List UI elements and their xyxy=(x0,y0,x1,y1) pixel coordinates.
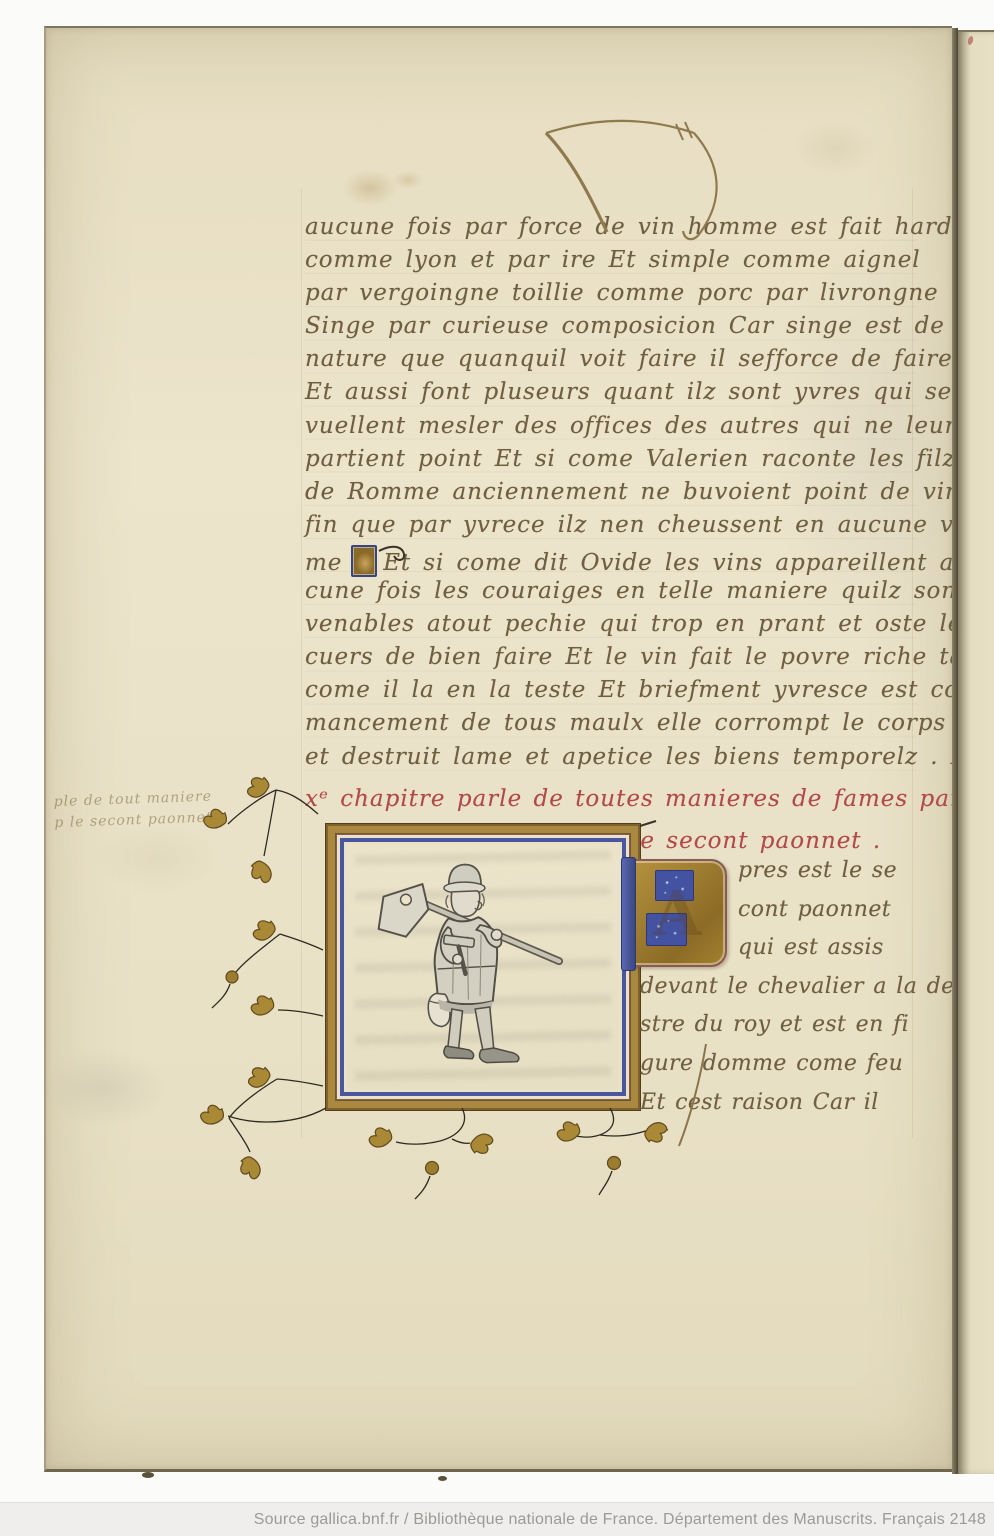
edge-speck xyxy=(142,1472,154,1478)
text-line: de Romme anciennement ne buvoient point … xyxy=(305,479,917,512)
text-line: par vergoingne toillie comme porc par li… xyxy=(305,280,917,313)
column-line: qui est assis xyxy=(738,935,916,974)
rubric-line-2: le secont paonnet . xyxy=(632,828,881,854)
text-line: nature que quanquil voit faire il seffor… xyxy=(305,346,917,379)
main-text-block: aucune fois par force de vin homme est f… xyxy=(305,214,917,777)
miniature-blue-border xyxy=(340,838,626,1096)
column-line: cont paonnet xyxy=(738,897,916,936)
column-line: Et cest raison Car il xyxy=(640,1090,916,1129)
text-line-with-champ: meEt si come dit Ovide les vins appareil… xyxy=(305,545,917,578)
text-line: fin que par yvrece ilz nen cheussent en … xyxy=(305,512,917,545)
text-frame-ruling-left xyxy=(301,188,302,1138)
manuscript-page: aucune fois par force de vin homme est f… xyxy=(44,26,952,1472)
chapter-text-column: pres est le se cont paonnet qui est assi… xyxy=(640,858,916,1128)
column-line: stre du roy et est en fi xyxy=(640,1012,916,1051)
champ-initial xyxy=(351,545,377,577)
text-line-with-red-catchword: et destruit lame et apetice les biens te… xyxy=(305,744,917,777)
text-line-fragment: Et si come dit Ovide les vins appareille… xyxy=(383,550,970,576)
edge-speck xyxy=(438,1476,447,1481)
miniature-frame xyxy=(325,823,641,1111)
source-attribution-bar: Source gallica.bnf.fr / Bibliothèque nat… xyxy=(0,1502,994,1536)
facing-page-edge xyxy=(958,30,994,1474)
text-line: partient point Et si come Valerien racon… xyxy=(305,446,917,479)
miniature-image xyxy=(347,845,619,1089)
text-line: comme lyon et par ire Et simple comme ai… xyxy=(305,247,917,280)
text-line: aucune fois par force de vin homme est f… xyxy=(305,214,917,247)
text-line-fragment: me xyxy=(305,550,342,576)
source-attribution-text: Source gallica.bnf.fr / Bibliothèque nat… xyxy=(254,1511,986,1528)
text-line: vuellent mesler des offices des autres q… xyxy=(305,413,917,446)
text-line: come il la en la teste Et briefment yvre… xyxy=(305,677,917,710)
column-line: devant le chevalier a la de xyxy=(640,974,916,1013)
paonnet-with-axe-illustration xyxy=(347,845,619,1089)
rubric-line-1: xᵉ chapitre parle de toutes manieres de … xyxy=(305,786,962,812)
text-line: venables atout pechie qui trop en prant … xyxy=(305,611,917,644)
text-line: Singe par curieuse composicion Car singe… xyxy=(305,313,917,346)
column-line: pres est le se xyxy=(738,858,916,897)
margin-annotation: ple de tout maniere p le secont paonnet xyxy=(53,784,284,834)
text-line: cuers de bien faire Et le vin fait le po… xyxy=(305,644,917,677)
text-line: Et aussi font pluseurs quant ilz sont yv… xyxy=(305,379,917,412)
text-line-fragment: et destruit lame et apetice les biens te… xyxy=(305,744,938,770)
miniature-inner-border xyxy=(336,834,630,1100)
text-line: cune fois les couraiges en telle maniere… xyxy=(305,578,917,611)
column-line: gure domme come feu xyxy=(640,1051,916,1090)
text-line: mancement de tous maulx elle corrompt le… xyxy=(305,710,917,743)
